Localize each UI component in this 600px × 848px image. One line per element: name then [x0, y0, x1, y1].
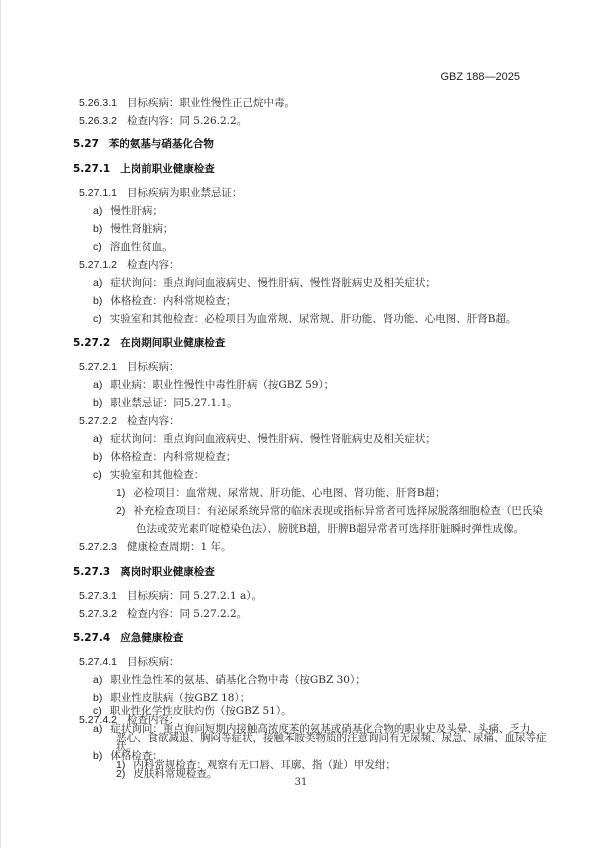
clause-number: b) — [93, 750, 102, 762]
clause-line: 5.27.1.2检查内容： — [79, 258, 179, 272]
clause-number: a) — [93, 674, 102, 686]
clause-number: 5.27 — [73, 138, 99, 150]
line-text: 实验室和其他检查： — [110, 469, 205, 481]
line-text: 检查内容： — [127, 259, 180, 271]
clause-number: b) — [93, 223, 102, 235]
section-heading: 5.27.3离岗时职业健康检查 — [73, 565, 215, 579]
line-text: 溶血性贫血。 — [110, 241, 173, 253]
clause-number: 5.27.1 — [73, 163, 110, 175]
clause-number: 5.27.3.2 — [79, 608, 117, 620]
clause-line: 5.26.3.2检查内容：同 5.26.2.2。 — [79, 114, 247, 128]
clause-number: c) — [93, 469, 102, 481]
clause-number: c) — [93, 241, 102, 253]
line-text: 症状询问：重点询问血液病史、慢性肝病、慢性肾脏病史及相关症状； — [110, 277, 436, 289]
clause-number: b) — [93, 692, 102, 704]
clause-number: a) — [93, 379, 102, 391]
clause-number: 5.27.2.2 — [79, 415, 117, 427]
line-text: 慢性肾脏病； — [110, 223, 173, 235]
clause-number: 5.26.3.1 — [79, 97, 117, 109]
line-text: 检查内容：同 5.27.2.2。 — [127, 608, 247, 620]
list-item: a)慢性肝病； — [93, 204, 163, 218]
clause-number: 5.27.4 — [73, 632, 110, 644]
clause-line: 5.27.2.1目标疾病： — [79, 360, 179, 374]
line-text: 目标疾病为职业禁忌证： — [127, 187, 243, 199]
clause-number: 1) — [116, 487, 125, 499]
clause-number: b) — [93, 397, 102, 409]
clause-number: a) — [93, 723, 102, 735]
clause-number: a) — [93, 433, 102, 445]
clause-number: 5.27.1.2 — [79, 259, 117, 271]
section-heading: 5.27.4应急健康检查 — [73, 631, 183, 645]
clause-number: a) — [93, 205, 102, 217]
line-text: 上岗前职业健康检查 — [120, 163, 215, 175]
line-text: 目标疾病：职业性慢性正己烷中毒。 — [127, 97, 295, 109]
list-item: 2)补充检查项目：有泌尿系统异常的临床表现或指标异常者可选择尿脱落细胞检查（巴氏… — [116, 504, 543, 518]
line-text: 目标疾病： — [127, 361, 180, 373]
clause-line: 5.27.4.1目标疾病： — [79, 655, 179, 669]
line-text: 体格检查：内科常规检查； — [110, 451, 236, 463]
line-text: 体格检查：内科常规检查； — [110, 295, 236, 307]
section-heading: 5.27.2在岗期间职业健康检查 — [73, 336, 225, 350]
list-item: b)体格检查：内科常规检查； — [93, 294, 236, 308]
list-item: 1)必检项目：血常规、尿常规、肝功能、心电图、肾功能、肝肾B超； — [116, 486, 446, 500]
line-text: 目标疾病：同 5.27.2.1 a）。 — [127, 590, 262, 602]
line-text: 恶心、食欲减退、胸闷等症状，接触苯胺类物质的注意询问有无尿频、尿急、尿痛、血尿等… — [116, 732, 547, 744]
clause-number: a) — [93, 277, 102, 289]
line-text: 实验室和其他检查：必检项目为血常规、尿常规、肝功能、肾功能、心电图、肝肾B超。 — [110, 313, 517, 325]
page-number: 31 — [1, 777, 600, 788]
line-text: 必检项目：血常规、尿常规、肝功能、心电图、肾功能、肝肾B超； — [133, 487, 445, 499]
clause-number: 2) — [116, 505, 125, 517]
clause-number: 5.27.1.1 — [79, 187, 117, 199]
clause-line: 5.26.3.1目标疾病：职业性慢性正己烷中毒。 — [79, 96, 295, 110]
clause-number: 5.27.2.3 — [79, 541, 117, 553]
standard-code-header: GBZ 188—2025 — [441, 71, 521, 83]
clause-line: 5.27.3.1目标疾病：同 5.27.2.1 a）。 — [79, 589, 262, 603]
clause-number: 5.27.3 — [73, 566, 110, 578]
line-text: 健康检查周期：1 年。 — [127, 541, 232, 553]
list-item: b)职业性皮肤病（按GBZ 18）； — [93, 691, 250, 705]
section-heading: 5.27苯的氨基与硝基化合物 — [73, 137, 214, 151]
list-item: a)职业病：职业性慢性中毒性肝病（按GBZ 59）； — [93, 378, 334, 392]
line-text: 离岗时职业健康检查 — [120, 566, 215, 578]
clause-number: 5.27.2 — [73, 337, 110, 349]
clause-number: 5.27.2.1 — [79, 361, 117, 373]
line-text: 检查内容： — [127, 415, 180, 427]
clause-number: b) — [93, 295, 102, 307]
document-page: GBZ 188—2025 5.26.3.1目标疾病：职业性慢性正己烷中毒。5.2… — [0, 0, 600, 848]
list-item: c)实验室和其他检查：必检项目为血常规、尿常规、肝功能、肾功能、心电图、肝肾B超… — [93, 312, 516, 326]
clause-line: 5.27.2.3健康检查周期：1 年。 — [79, 540, 231, 554]
line-text: 职业性急性苯的氨基、硝基化合物中毒（按GBZ 30）； — [110, 674, 365, 686]
line-text: 症状询问：重点询问血液病史、慢性肝病、慢性肾脏病史及相关症状； — [110, 433, 436, 445]
clause-line: 5.27.2.2检查内容： — [79, 414, 179, 428]
list-item: a)症状询问：重点询问血液病史、慢性肝病、慢性肾脏病史及相关症状； — [93, 276, 436, 290]
list-item: c)溶血性贫血。 — [93, 240, 173, 254]
clause-line: 5.27.3.2检查内容：同 5.27.2.2。 — [79, 607, 247, 621]
line-text: 职业性皮肤病（按GBZ 18）； — [110, 692, 250, 704]
line-text: 慢性肝病； — [110, 205, 163, 217]
list-item: c)实验室和其他检查： — [93, 468, 204, 482]
list-item: a)职业性急性苯的氨基、硝基化合物中毒（按GBZ 30）； — [93, 673, 366, 687]
line-text: 目标疾病： — [127, 656, 180, 668]
continuation-line: 恶心、食欲减退、胸闷等症状，接触苯胺类物质的注意询问有无尿频、尿急、尿痛、血尿等… — [116, 731, 547, 745]
clause-number: 5.27.3.1 — [79, 590, 117, 602]
clause-number: c) — [93, 313, 102, 325]
line-text: 职业禁忌证：同5.27.1.1。 — [110, 397, 237, 409]
line-text: 检查内容：同 5.26.2.2。 — [127, 115, 247, 127]
line-text: 色法或荧光素吖啶橙染色法）、膀胱B超，肝脾B超异常者可选择肝脏瞬时弹性成像。 — [136, 523, 524, 535]
clause-number: 5.27.4.1 — [79, 656, 117, 668]
list-item: b)慢性肾脏病； — [93, 222, 173, 236]
section-heading: 5.27.1上岗前职业健康检查 — [73, 162, 215, 176]
continuation-line: 色法或荧光素吖啶橙染色法）、膀胱B超，肝脾B超异常者可选择肝脏瞬时弹性成像。 — [136, 522, 524, 536]
list-item: b)体格检查：内科常规检查； — [93, 450, 236, 464]
clause-number: 5.26.3.2 — [79, 115, 117, 127]
line-text: 在岗期间职业健康检查 — [120, 337, 225, 349]
list-item: b)职业禁忌证：同5.27.1.1。 — [93, 396, 238, 410]
clause-line: 5.27.1.1目标疾病为职业禁忌证： — [79, 186, 242, 200]
line-text: 补充检查项目：有泌尿系统异常的临床表现或指标异常者可选择尿脱落细胞检查（巴氏染 — [133, 505, 543, 517]
line-text: 职业病：职业性慢性中毒性肝病（按GBZ 59）； — [110, 379, 334, 391]
line-text: 应急健康检查 — [120, 632, 183, 644]
clause-number: b) — [93, 451, 102, 463]
list-item: a)症状询问：重点询问血液病史、慢性肝病、慢性肾脏病史及相关症状； — [93, 432, 436, 446]
line-text: 苯的氨基与硝基化合物 — [109, 138, 214, 150]
